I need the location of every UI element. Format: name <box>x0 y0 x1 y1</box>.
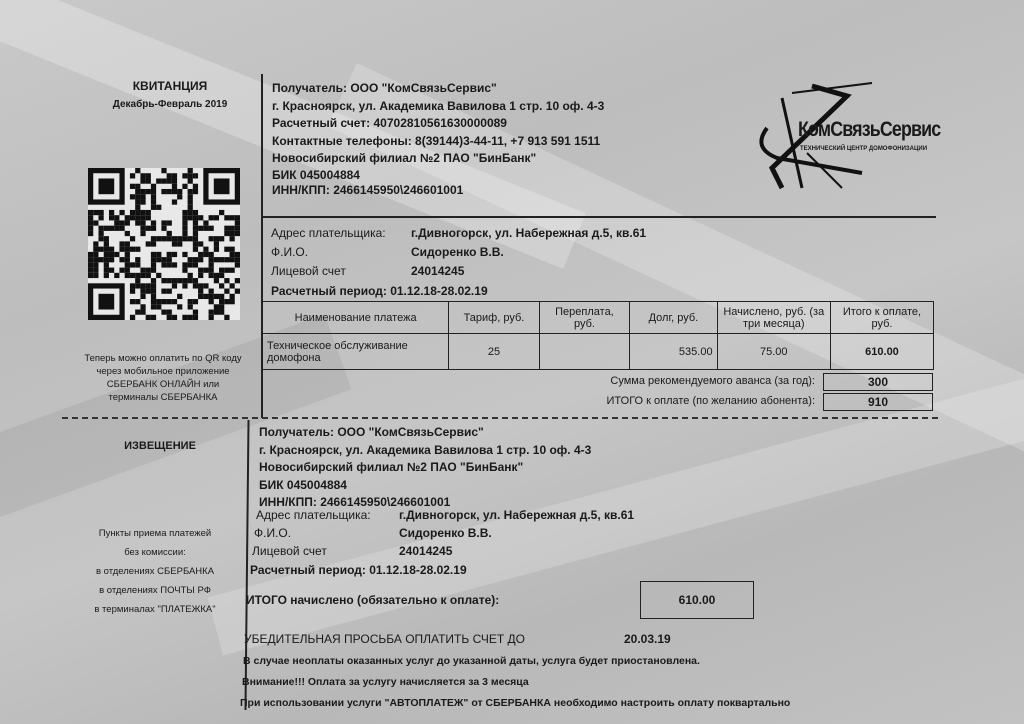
notice-recipient-block: Получатель: ООО "КомСвязьСервис" г. Крас… <box>259 424 591 512</box>
payer-address: г.Дивногорск, ул. Набережная д.5, кв.61 <box>411 226 646 240</box>
notice-recipient-bank: Новосибирский филиал №2 ПАО "БинБанк" <box>259 459 591 477</box>
payer-name-label: Ф.И.О. <box>271 245 308 259</box>
cut-line <box>62 417 938 419</box>
qr-note: Теперь можно оплатить по QR коду через м… <box>58 352 268 404</box>
table-cell: Техническое обслуживание домофона <box>263 334 449 370</box>
notice-payer-account-label: Лицевой счет <box>252 544 327 558</box>
payment-request-label: УБЕДИТЕЛЬНАЯ ПРОСЬБА ОПЛАТИТЬ СЧЕТ ДО <box>244 632 525 646</box>
qr-code-image <box>88 168 240 320</box>
warning-three-months: Внимание!!! Оплата за услугу начисляется… <box>242 676 529 688</box>
notice-title: ИЗВЕЩЕНИЕ <box>60 440 260 452</box>
table-cell: 75.00 <box>717 334 830 370</box>
warning-autopay: При использовании услуги "АВТОПЛАТЕЖ" от… <box>240 697 790 709</box>
payment-due-date: 20.03.19 <box>624 632 671 646</box>
charges-table: Наименование платежа Тариф, руб. Перепла… <box>262 301 934 370</box>
table-cell <box>539 334 630 370</box>
recipient-block: Получатель: ООО "КомСвязьСервис" г. Крас… <box>272 80 604 198</box>
optional-total-label: ИТОГО к оплате (по желанию абонента): <box>470 395 815 407</box>
notice-payer-period: Расчетный период: 01.12.18-28.02.19 <box>250 563 467 577</box>
company-logo: КомСвязьСервис ТЕХНИЧЕСКИЙ ЦЕНТР ДОМОФОН… <box>752 78 942 196</box>
notice-recipient-address: г. Красноярск, ул. Академика Вавилова 1 … <box>259 442 591 460</box>
payer-name: Сидоренко В.В. <box>411 245 504 259</box>
header-divider <box>262 216 936 218</box>
table-cell: 610.00 <box>830 334 933 370</box>
recipient-phones: Контактные телефоны: 8(39144)3-44-11, +7… <box>272 133 604 151</box>
qr-code-icon <box>88 168 240 320</box>
logo-subtitle: ТЕХНИЧЕСКИЙ ЦЕНТР ДОМОФОНИЗАЦИИ <box>800 146 927 152</box>
warning-suspension: В случае неоплаты оказанных услуг до ука… <box>243 655 700 667</box>
payer-account-label: Лицевой счет <box>271 264 346 278</box>
table-header: Итого к оплате, руб. <box>830 302 933 334</box>
notice-payer-name-label: Ф.И.О. <box>254 526 291 540</box>
payment-points: Пункты приема платежей без комиссии: в о… <box>55 524 255 619</box>
recipient-name: Получатель: ООО "КомСвязьСервис" <box>272 80 604 98</box>
logo-name: КомСвязьСервис <box>798 118 940 142</box>
payer-period: Расчетный период: 01.12.18-28.02.19 <box>271 284 488 298</box>
table-row: Техническое обслуживание домофона 25 535… <box>263 334 934 370</box>
payer-address-label: Адрес плательщика: <box>271 226 386 240</box>
notice-payer-address-label: Адрес плательщика: <box>256 508 371 522</box>
receipt-title: КВИТАНЦИЯ <box>70 79 270 93</box>
table-header: Наименование платежа <box>263 302 449 334</box>
advance-label: Сумма рекомендуемого аванса (за год): <box>470 375 815 387</box>
recipient-inn: ИНН/КПП: 2466145950\246601001 <box>272 183 604 198</box>
table-header: Начислено, руб. (за три месяца) <box>717 302 830 334</box>
recipient-bank: Новосибирский филиал №2 ПАО "БинБанк" <box>272 150 604 168</box>
notice-recipient-bik: БИК 045004884 <box>259 477 591 495</box>
table-header-row: Наименование платежа Тариф, руб. Перепла… <box>263 302 934 334</box>
recipient-bik: БИК 045004884 <box>272 168 604 183</box>
notice-total-value: 610.00 <box>640 581 754 619</box>
receipt-document: КВИТАНЦИЯ Декабрь-Февраль 2019 Теперь мо… <box>0 0 1024 724</box>
table-cell: 25 <box>449 334 540 370</box>
optional-total-value: 910 <box>823 393 933 411</box>
notice-payer-account: 24014245 <box>399 544 452 558</box>
notice-payer-name: Сидоренко В.В. <box>399 526 492 540</box>
table-header: Долг, руб. <box>630 302 717 334</box>
recipient-account: Расчетный счет: 40702810561630000089 <box>272 115 604 133</box>
receipt-period-caption: Декабрь-Февраль 2019 <box>70 99 270 110</box>
table-cell: 535.00 <box>630 334 717 370</box>
notice-payer-address: г.Дивногорск, ул. Набережная д.5, кв.61 <box>399 508 634 522</box>
advance-value: 300 <box>823 373 933 391</box>
table-header: Переплата, руб. <box>539 302 630 334</box>
notice-recipient-name: Получатель: ООО "КомСвязьСервис" <box>259 424 591 442</box>
recipient-address: г. Красноярск, ул. Академика Вавилова 1 … <box>272 98 604 116</box>
payer-account: 24014245 <box>411 264 464 278</box>
table-header: Тариф, руб. <box>449 302 540 334</box>
notice-total-label: ИТОГО начислено (обязательно к оплате): <box>246 593 499 607</box>
